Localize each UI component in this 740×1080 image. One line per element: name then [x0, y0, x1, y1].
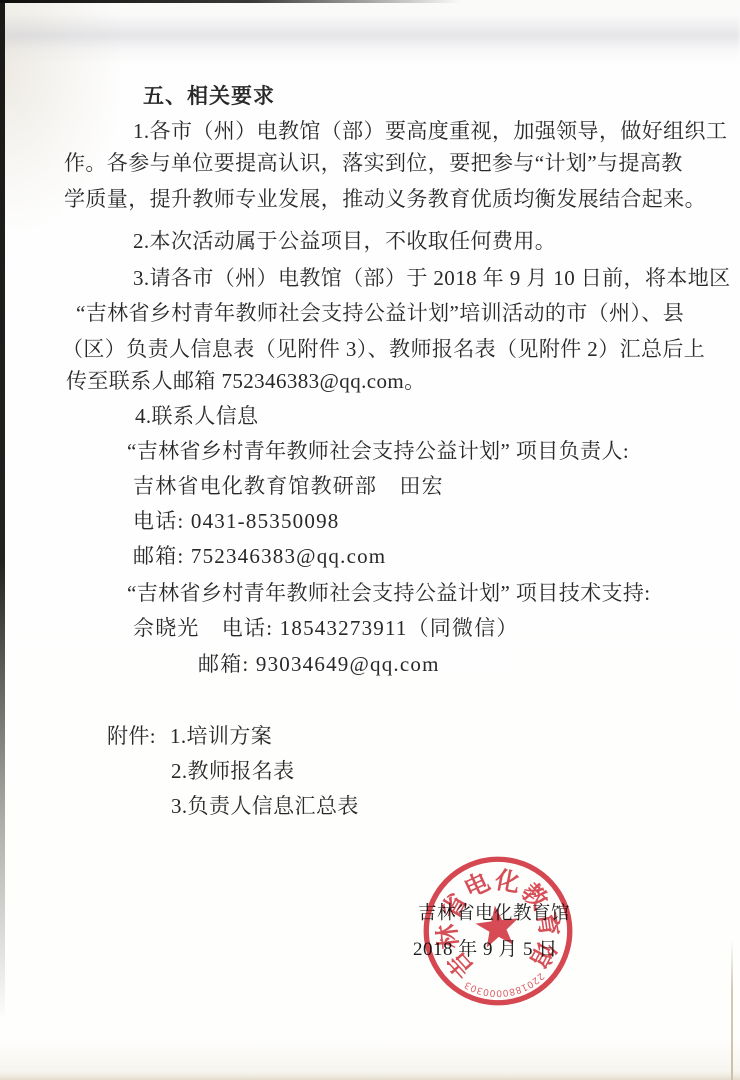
scan-bottom-shade: [0, 1071, 740, 1080]
scan-edge-left: [0, 0, 5, 1020]
svg-text:电: 电: [460, 868, 494, 904]
svg-text:教: 教: [516, 878, 554, 915]
body-line: 传至联系人邮箱 752346383@qq.com。: [66, 368, 426, 395]
body-line: “吉林省乡村青年教师社会支持公益计划” 项目负责人:: [127, 438, 629, 465]
tech-support-phone-line: 佘晓光 电话: 18543273911（同微信）: [133, 615, 519, 642]
attachment-item: 3.负责人信息汇总表: [171, 793, 359, 820]
body-line: 1.各市（州）电教馆（部）要高度重视，加强领导，做好组织工: [133, 118, 727, 145]
body-line: “吉林省乡村青年教师社会支持公益计划”培训活动的市（州）、县: [76, 300, 684, 327]
scan-edge-top: [0, 0, 460, 3]
svg-text:林: 林: [433, 922, 464, 950]
seal-star-icon: [474, 903, 522, 949]
contact-phone-line: 电话: 0431-85350098: [133, 508, 339, 535]
body-line: 3.请各市（州）电教馆（部）于 2018 年 9 月 10 日前，将本地区: [133, 265, 731, 292]
contact-email-line: 邮箱: 752346383@qq.com: [133, 543, 386, 570]
section-heading: 五、相关要求: [143, 83, 275, 110]
attachment-item: 2.教师报名表: [171, 758, 295, 785]
scanned-document: { "colors": { "paper": "#fdfdfc", "ink":…: [0, 0, 740, 1080]
body-line: （区）负责人信息表（见附件 3）、教师报名表（见附件 2）汇总后上: [62, 336, 705, 363]
attachment-label: 附件:: [107, 723, 156, 750]
contact-person-line: 吉林省电化教育馆教研部 田宏: [133, 473, 444, 500]
scan-edge-right: [731, 940, 733, 1080]
official-seal-svg: 吉林省电化教育馆 2201880000303: [416, 849, 580, 1013]
svg-text:育: 育: [532, 910, 564, 938]
svg-text:吉: 吉: [442, 946, 479, 983]
body-line: 作。各参与单位要提高认识，落实到位，要把参与“计划”与提高教: [64, 150, 683, 177]
svg-text:化: 化: [492, 866, 523, 898]
scan-top-shadow: [0, 14, 740, 62]
attachment-item: 1.培训方案: [170, 723, 272, 750]
svg-text:馆: 馆: [524, 937, 561, 973]
body-line: 学质量，提升教师专业发展，推动义务教育优质均衡发展结合起来。: [64, 186, 706, 213]
official-seal: 吉林省电化教育馆 2201880000303: [416, 849, 580, 1013]
body-line: “吉林省乡村青年教师社会支持公益计划” 项目技术支持:: [127, 580, 651, 607]
tech-support-email-line: 邮箱: 93034649@qq.com: [198, 651, 440, 678]
body-line: 2.本次活动属于公益项目，不收取任何费用。: [133, 228, 556, 255]
body-line: 4.联系人信息: [135, 403, 259, 430]
